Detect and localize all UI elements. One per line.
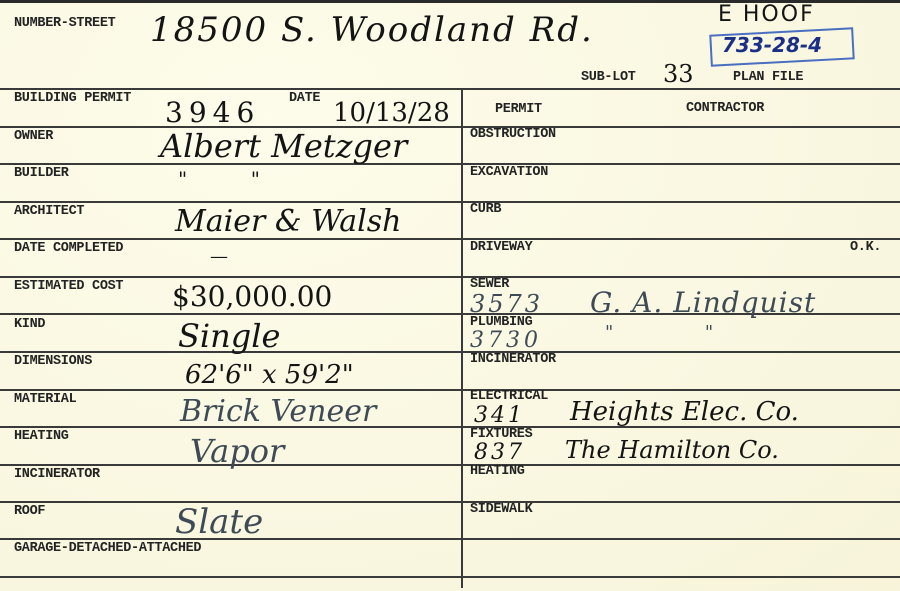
permit-card: NUMBER-STREET 18500 S. Woodland Rd. E HO… [0,0,900,591]
date-completed-label: DATE COMPLETED [14,241,123,256]
owner-label: OWNER [14,129,53,144]
sewer-contractor: G. A. Lindquist [590,286,816,319]
obstruction-label: OBSTRUCTION [470,127,556,142]
heating-label: HEATING [14,429,69,444]
sublot-value: 33 [663,60,694,88]
kind-value: Single [178,317,280,355]
dimensions-value: 62'6" x 59'2" [185,360,354,390]
curb-label: CURB [470,202,501,217]
heating-permit-label: HEATING [470,464,525,479]
incinerator-permit-label: INCINERATOR [470,352,556,367]
electrical-contractor: Heights Elec. Co. [570,397,799,427]
sewer-permit: 3573 [470,290,543,318]
incinerator-label: INCINERATOR [14,467,100,482]
builder-value: " " [178,167,260,191]
estimated-cost-label: ESTIMATED COST [14,279,123,294]
driveway-note: O.K. [850,240,881,255]
fixtures-contractor: The Hamilton Co. [565,436,779,464]
sidewalk-label: SIDEWALK [470,502,532,517]
material-value: Brick Veneer [180,394,376,429]
driveway-label: DRIVEWAY [470,240,532,255]
building-permit-label: BUILDING PERMIT [14,91,131,106]
building-permit-value: 3946 [165,96,260,129]
sublot-label: SUB-LOT [581,70,636,85]
address-value: 18500 S. Woodland Rd. [150,10,594,50]
number-street-label: NUMBER-STREET [14,16,115,31]
date-completed-value: — [210,246,228,267]
roof-value: Slate [175,502,263,542]
architect-label: ARCHITECT [14,204,84,219]
contractor-header: CONTRACTOR [686,101,764,116]
top-right-note: E HOOF [718,2,815,27]
estimated-cost-value: $30,000.00 [172,280,332,313]
date-value: 10/13/28 [333,98,450,128]
roof-label: ROOF [14,504,45,519]
garage-label: GARAGE-DETACHED-ATTACHED [14,541,201,556]
date-label: DATE [289,91,320,106]
fixtures-permit: 837 [474,440,525,465]
excavation-label: EXCAVATION [470,165,548,180]
dimensions-label: DIMENSIONS [14,354,92,369]
plumbing-permit: 3730 [470,328,542,353]
electrical-permit: 341 [474,403,525,428]
kind-label: KIND [14,317,45,332]
plumbing-contractor: " " [605,322,713,343]
architect-value: Maier & Walsh [175,204,402,239]
permit-header: PERMIT [495,102,542,117]
plan-file-label: PLAN FILE [733,70,803,85]
builder-label: BUILDER [14,166,69,181]
stamp-number: 733-28-4 [722,33,822,57]
heating-value: Vapor [190,432,284,470]
owner-value: Albert Metzger [160,127,407,165]
electrical-label: ELECTRICAL [470,389,548,404]
material-label: MATERIAL [14,392,76,407]
